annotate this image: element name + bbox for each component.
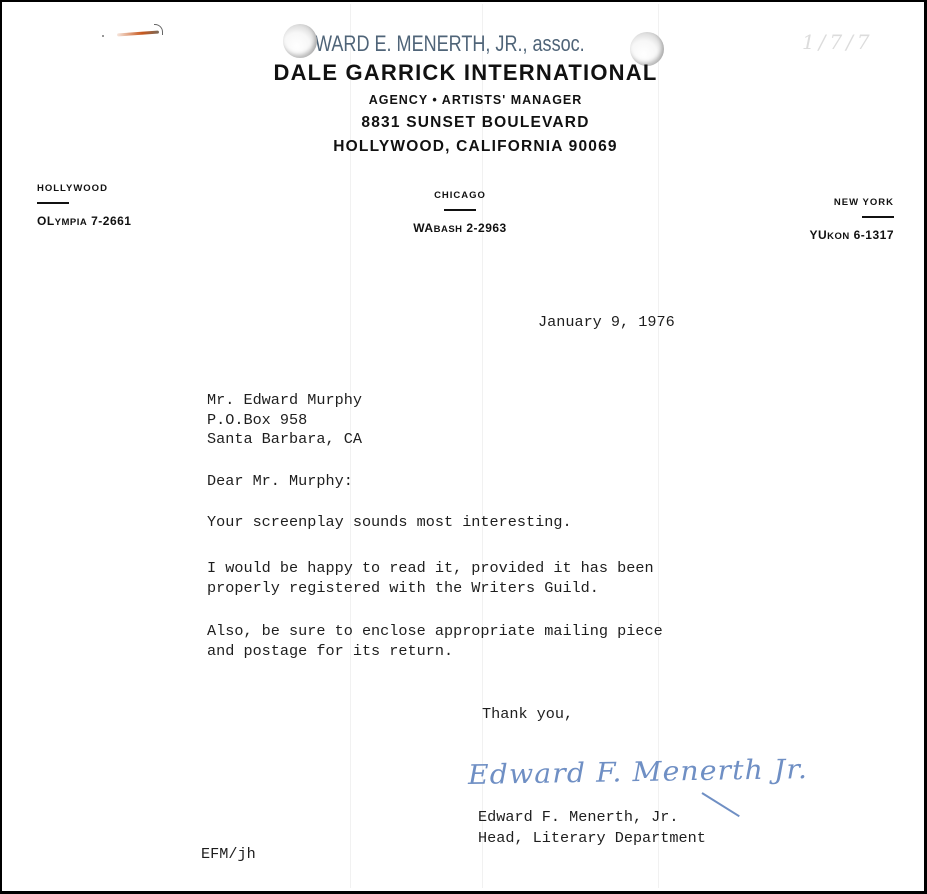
body-paragraph: I would be happy to read it, provided it… — [207, 559, 654, 598]
salutation: Dear Mr. Murphy: — [207, 472, 353, 492]
phone-exchange-rest: YMPIA — [55, 217, 88, 228]
company-city: HOLLYWOOD, CALIFORNIA 90069 — [2, 138, 927, 156]
stray-mark-curl — [154, 24, 163, 35]
phone-number: 2-2963 — [466, 221, 506, 235]
recipient-address: Mr. Edward MurphyP.O.Box 958Santa Barbar… — [207, 391, 362, 450]
body-line: I would be happy to read it, provided it… — [207, 559, 654, 579]
body-paragraph: Your screenplay sounds most interesting. — [207, 513, 572, 533]
reference-initials: EFM/jh — [201, 845, 256, 865]
paper-fold-line — [658, 4, 659, 888]
company-name: DALE GARRICK INTERNATIONAL — [2, 60, 927, 86]
signer-title: Head, Literary Department — [478, 829, 706, 849]
letter-date: January 9, 1976 — [538, 313, 675, 333]
closing: Thank you, — [482, 705, 573, 725]
handwritten-signature: Edward F. Menerth Jr. — [468, 754, 808, 791]
recipient-line: Santa Barbara, CA — [207, 430, 362, 450]
phone-number: 7-2661 — [91, 214, 131, 228]
office-city: NEW YORK — [772, 197, 894, 208]
recipient-line: P.O.Box 958 — [207, 411, 362, 431]
office-phone: WABASH 2-2963 — [405, 221, 515, 235]
phone-exchange-caps: OL — [37, 214, 55, 228]
phone-exchange-rest: BASH — [434, 224, 463, 235]
stray-mark-dot — [102, 35, 104, 37]
office-phone: OLYMPIA 7-2661 — [37, 214, 131, 228]
paper-fold-line — [482, 4, 483, 888]
office-phone: YUKON 6-1317 — [772, 228, 894, 242]
phone-exchange-caps: WA — [413, 221, 433, 235]
signer-name: Edward F. Menerth, Jr. — [478, 808, 679, 828]
divider — [862, 216, 894, 218]
body-line: and postage for its return. — [207, 642, 663, 662]
office-new-york: NEW YORK YUKON 6-1317 — [772, 197, 894, 242]
office-chicago: CHICAGO WABASH 2-2963 — [405, 190, 515, 235]
rubber-stamp-name: DWARD E. MENERTH, JR., assoc. — [302, 31, 548, 57]
stray-pencil-mark — [117, 31, 159, 37]
body-paragraph: Also, be sure to enclose appropriate mai… — [207, 622, 663, 661]
hole-punch-left — [283, 24, 317, 58]
phone-exchange-caps: YU — [809, 228, 827, 242]
letter-page: 1/7/7 DWARD E. MENERTH, JR., assoc. DALE… — [0, 0, 927, 894]
body-line: Your screenplay sounds most interesting. — [207, 513, 572, 533]
body-line: properly registered with the Writers Gui… — [207, 579, 654, 599]
office-city: CHICAGO — [405, 190, 515, 201]
recipient-line: Mr. Edward Murphy — [207, 391, 362, 411]
signature-flourish — [701, 792, 739, 817]
office-hollywood: HOLLYWOOD OLYMPIA 7-2661 — [37, 183, 131, 228]
faint-corner-scribble: 1/7/7 — [802, 30, 874, 54]
company-tagline: AGENCY • ARTISTS' MANAGER — [2, 93, 927, 107]
phone-exchange-rest: KON — [827, 231, 850, 242]
office-city: HOLLYWOOD — [37, 183, 131, 194]
company-address: 8831 SUNSET BOULEVARD — [2, 114, 927, 132]
phone-number: 6-1317 — [854, 228, 894, 242]
divider — [37, 202, 69, 204]
body-line: Also, be sure to enclose appropriate mai… — [207, 622, 663, 642]
divider — [444, 209, 476, 211]
